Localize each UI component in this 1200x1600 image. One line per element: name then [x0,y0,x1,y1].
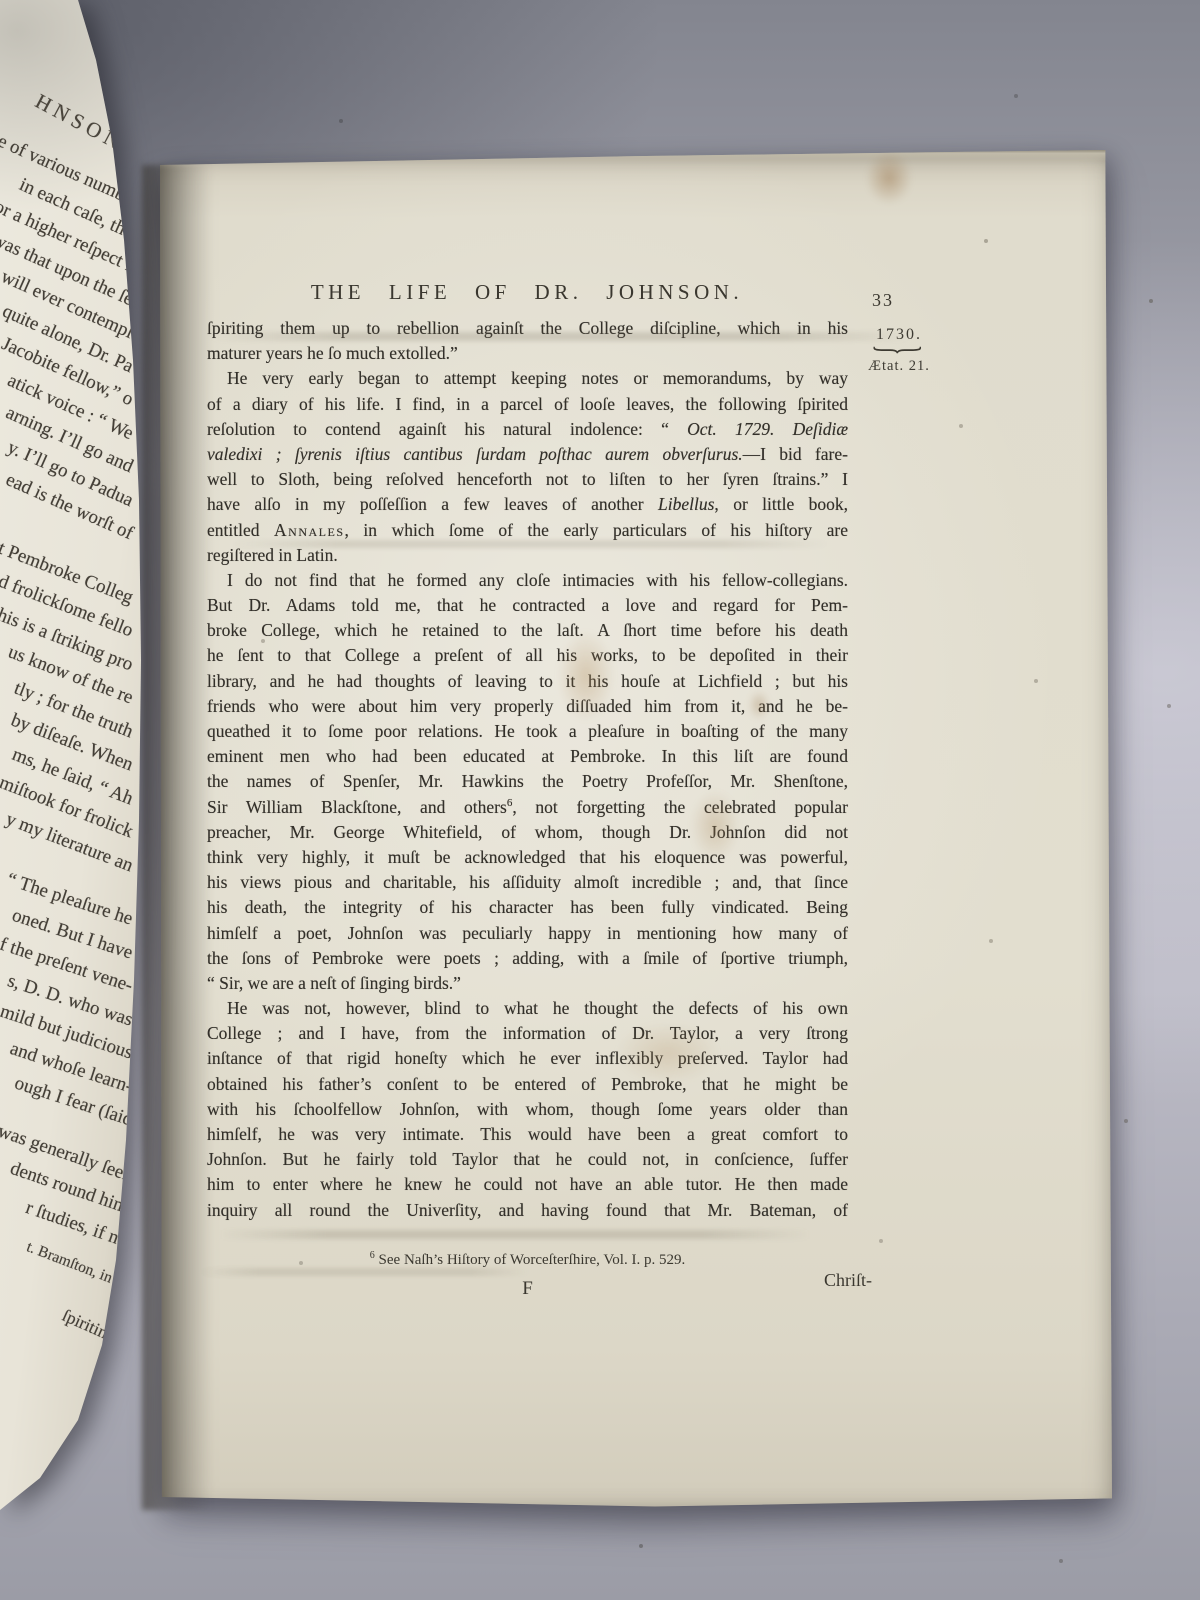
text-line: He very early began to attempt keeping n… [207,366,848,391]
show-through-mark [230,540,830,548]
page-content: THE LIFE OF DR. JOHNSON. 33 1730. } Ætat… [160,150,1112,1512]
show-through-mark [210,332,910,341]
text-line: But Dr. Adams told me, that he contracte… [207,593,848,618]
text-line: of a diary of his life. I find, in a par… [207,392,848,417]
text-line: the ſons of Pembroke were poets ; adding… [207,946,848,971]
margin-note-aetat: Ætat. 21. [854,358,944,375]
text-line: library, and he had thoughts of leaving … [207,669,848,694]
show-through-mark [220,1230,810,1239]
dust-specks [0,0,2,2]
stain [557,630,615,722]
book-photo: THE LIFE OF DR. JOHNSON. 33 1730. } Ætat… [0,0,1200,1600]
text-line: have alſo in my poſſeſſion a few leaves … [207,492,848,517]
text-line: his views pious and charitable, his aſſi… [207,870,848,895]
text-line: preacher, Mr. George Whitefield, of whom… [207,820,848,845]
text-line: I do not find that he formed any cloſe i… [207,568,848,593]
running-head: THE LIFE OF DR. JOHNSON. [207,280,847,305]
text-line: reſolution to contend againſt his natura… [207,417,848,442]
text-line: queathed it to ſome poor relations. He t… [207,719,848,744]
text-line: “ Sir, we are a neſt of ſinging birds.” [207,971,848,996]
text-line: broke College, which he retained to the … [207,618,848,643]
text-line: Sir William Blackſtone, and others6, not… [207,795,848,820]
text-line: inſtance of that rigid honeſty which he … [207,1046,848,1071]
stain [615,1022,720,1084]
text-line: himſelf, he was very intimate. This woul… [207,1122,848,1147]
stain [866,152,912,204]
text-line: think very highly, it muſt be acknowledg… [207,845,848,870]
text-line: himſelf a poet, Johnſon was peculiarly h… [207,921,848,946]
footnote-text: See Naſh’s Hiſtory of Worceſterſhire, Vo… [375,1252,685,1268]
stain [690,790,740,862]
page-number: 33 [872,290,932,311]
text-line: obtained his father’s conſent to be ente… [207,1072,848,1097]
footnote: 6 See Naſh’s Hiſtory of Worceſterſhire, … [207,1252,848,1269]
text-line: his death, the integrity of his characte… [207,895,848,920]
text-line: him to enter where he knew he could not … [207,1172,848,1197]
text-line: entitled Annales, in which ſome of the e… [207,518,848,543]
text-line: valedixi ; ſyrenis iſtius cantibus ſurda… [207,442,848,467]
text-line: He was not, however, blind to what he th… [207,996,848,1021]
text-line: inquiry all round the Univerſity, and ha… [207,1198,848,1223]
text-line: eminent men who had been educated at Pem… [207,744,848,769]
book-page: THE LIFE OF DR. JOHNSON. 33 1730. } Ætat… [160,150,1112,1512]
text-line: with his ſchoolfellow Johnſon, with whom… [207,1097,848,1122]
text-line: he ſent to that College a preſent of all… [207,643,848,668]
show-through-mark [200,1268,530,1276]
text-line: well to Sloth, being reſolved henceforth… [207,467,848,492]
brace-glyph: } [854,342,944,358]
gutter-shadow [142,165,212,1510]
text-line: the names of Spenſer, Mr. Hawkins the Po… [207,769,848,794]
text-line: Johnſon. But he fairly told Taylor that … [207,1147,848,1172]
body-text: ſpiriting them up to rebellion againſt t… [207,316,848,1223]
text-line: maturer years he ſo much extolled.” [207,341,848,366]
text-line: College ; and I have, from the informati… [207,1021,848,1046]
stain [748,690,770,720]
